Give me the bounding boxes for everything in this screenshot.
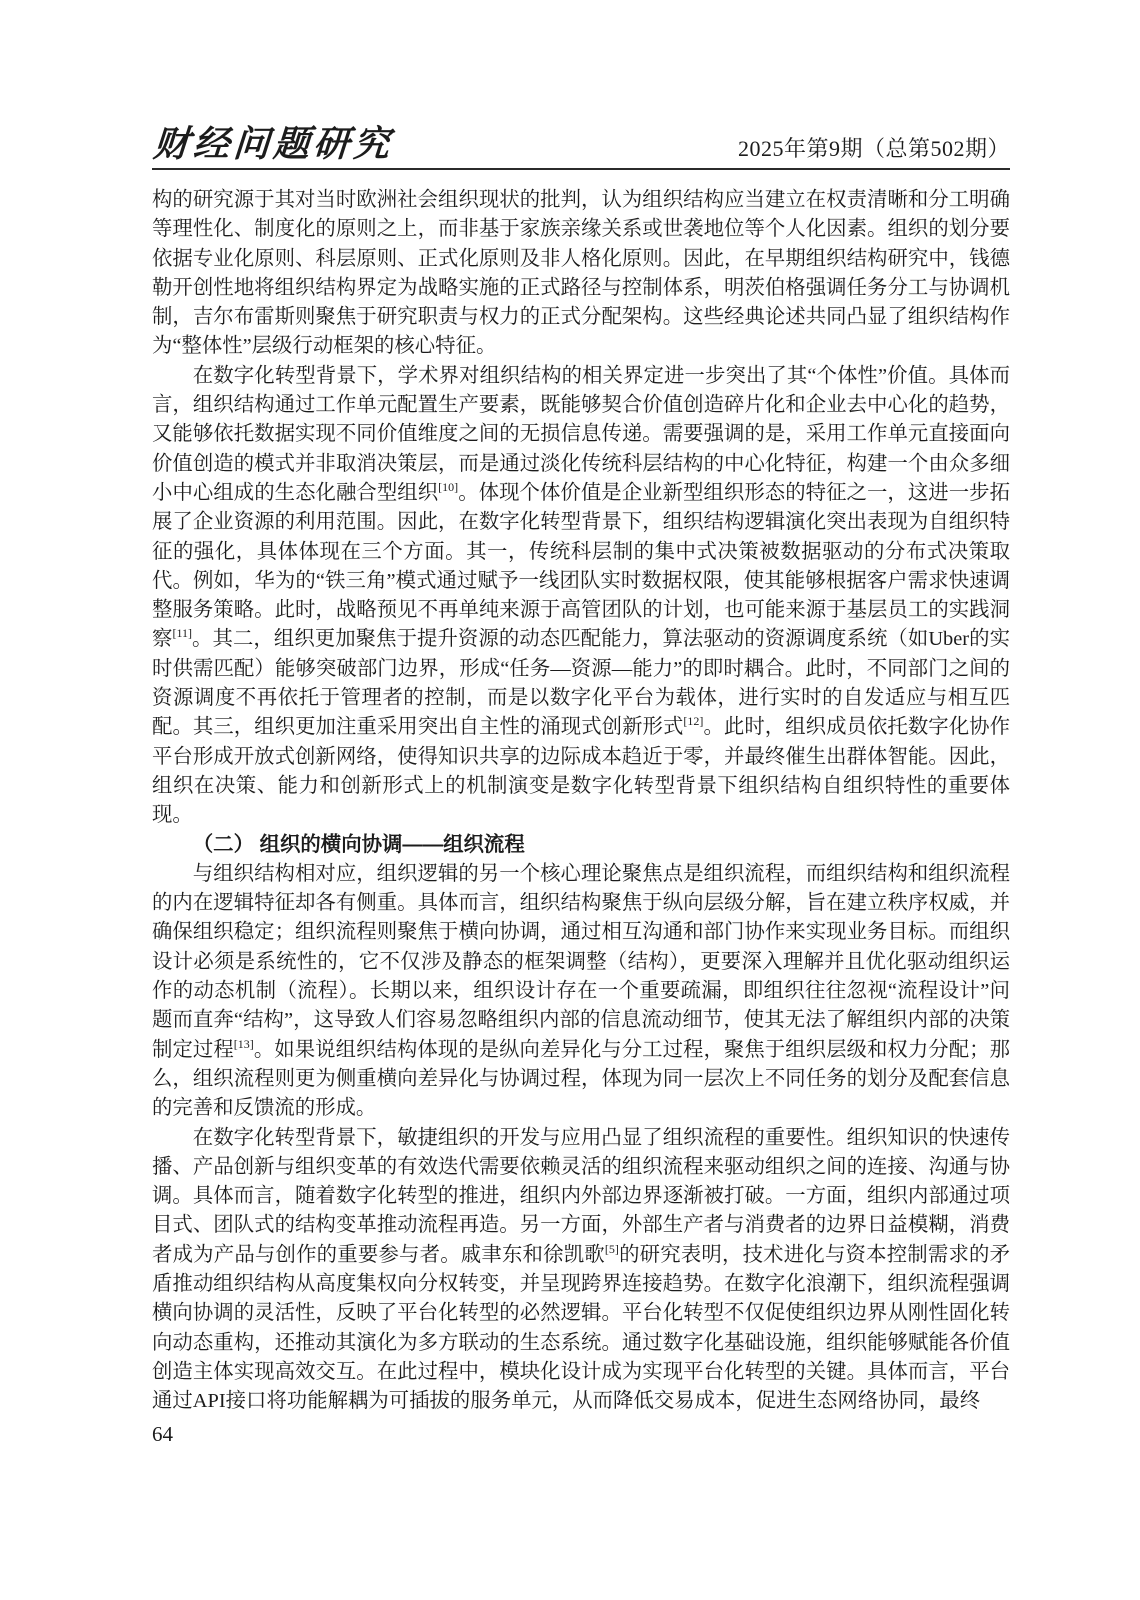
journal-logo: 财经问题研究: [152, 126, 395, 164]
text-run: 的研究表明，技术进化与资本控制需求的矛盾推动组织结构从高度集权向分权转变，并呈现…: [152, 1244, 1010, 1412]
issue-info: 2025年第9期（总第502期）: [738, 137, 1010, 164]
article-body: 构的研究源于其对当时欧洲社会组织现状的批判，认为组织结构应当建立在权责清晰和分工…: [152, 186, 1010, 1416]
citation-superscript: [5]: [605, 1242, 619, 1256]
citation-superscript: [10]: [438, 480, 458, 494]
text-run: 。体现个体价值是企业新型组织形态的特征之一，这进一步拓展了企业资源的利用范围。因…: [152, 482, 1010, 650]
page-number: 64: [152, 1424, 173, 1445]
paragraph-digital-structure: 在数字化转型背景下，学术界对组织结构的相关界定进一步突出了其“个体性”价值。具体…: [152, 362, 1010, 831]
page-header: 财经问题研究 2025年第9期（总第502期）: [152, 116, 1010, 170]
text-run: 与组织结构相对应，组织逻辑的另一个核心理论聚焦点是组织流程，而组织结构和组织流程…: [152, 863, 1010, 1061]
citation-superscript: [12]: [683, 715, 703, 729]
paragraph-continuation: 构的研究源于其对当时欧洲社会组织现状的批判，认为组织结构应当建立在权责清晰和分工…: [152, 186, 1010, 362]
paragraph-org-process: 与组织结构相对应，组织逻辑的另一个核心理论聚焦点是组织流程，而组织结构和组织流程…: [152, 860, 1010, 1124]
text-run: 构的研究源于其对当时欧洲社会组织现状的批判，认为组织结构应当建立在权责清晰和分工…: [152, 189, 1010, 357]
citation-superscript: [13]: [234, 1037, 254, 1051]
section-heading: （二） 组织的横向协调——组织流程: [152, 831, 1010, 860]
paragraph-agile-org: 在数字化转型背景下，敏捷组织的开发与应用凸显了组织流程的重要性。组织知识的快速传…: [152, 1124, 1010, 1417]
citation-superscript: [11]: [172, 627, 192, 641]
text-run: 。如果说组织结构体现的是纵向差异化与分工过程，聚焦于组织层级和权力分配；那么，组…: [152, 1039, 1010, 1120]
journal-page: 财经问题研究 2025年第9期（总第502期） 构的研究源于其对当时欧洲社会组织…: [0, 0, 1140, 1600]
